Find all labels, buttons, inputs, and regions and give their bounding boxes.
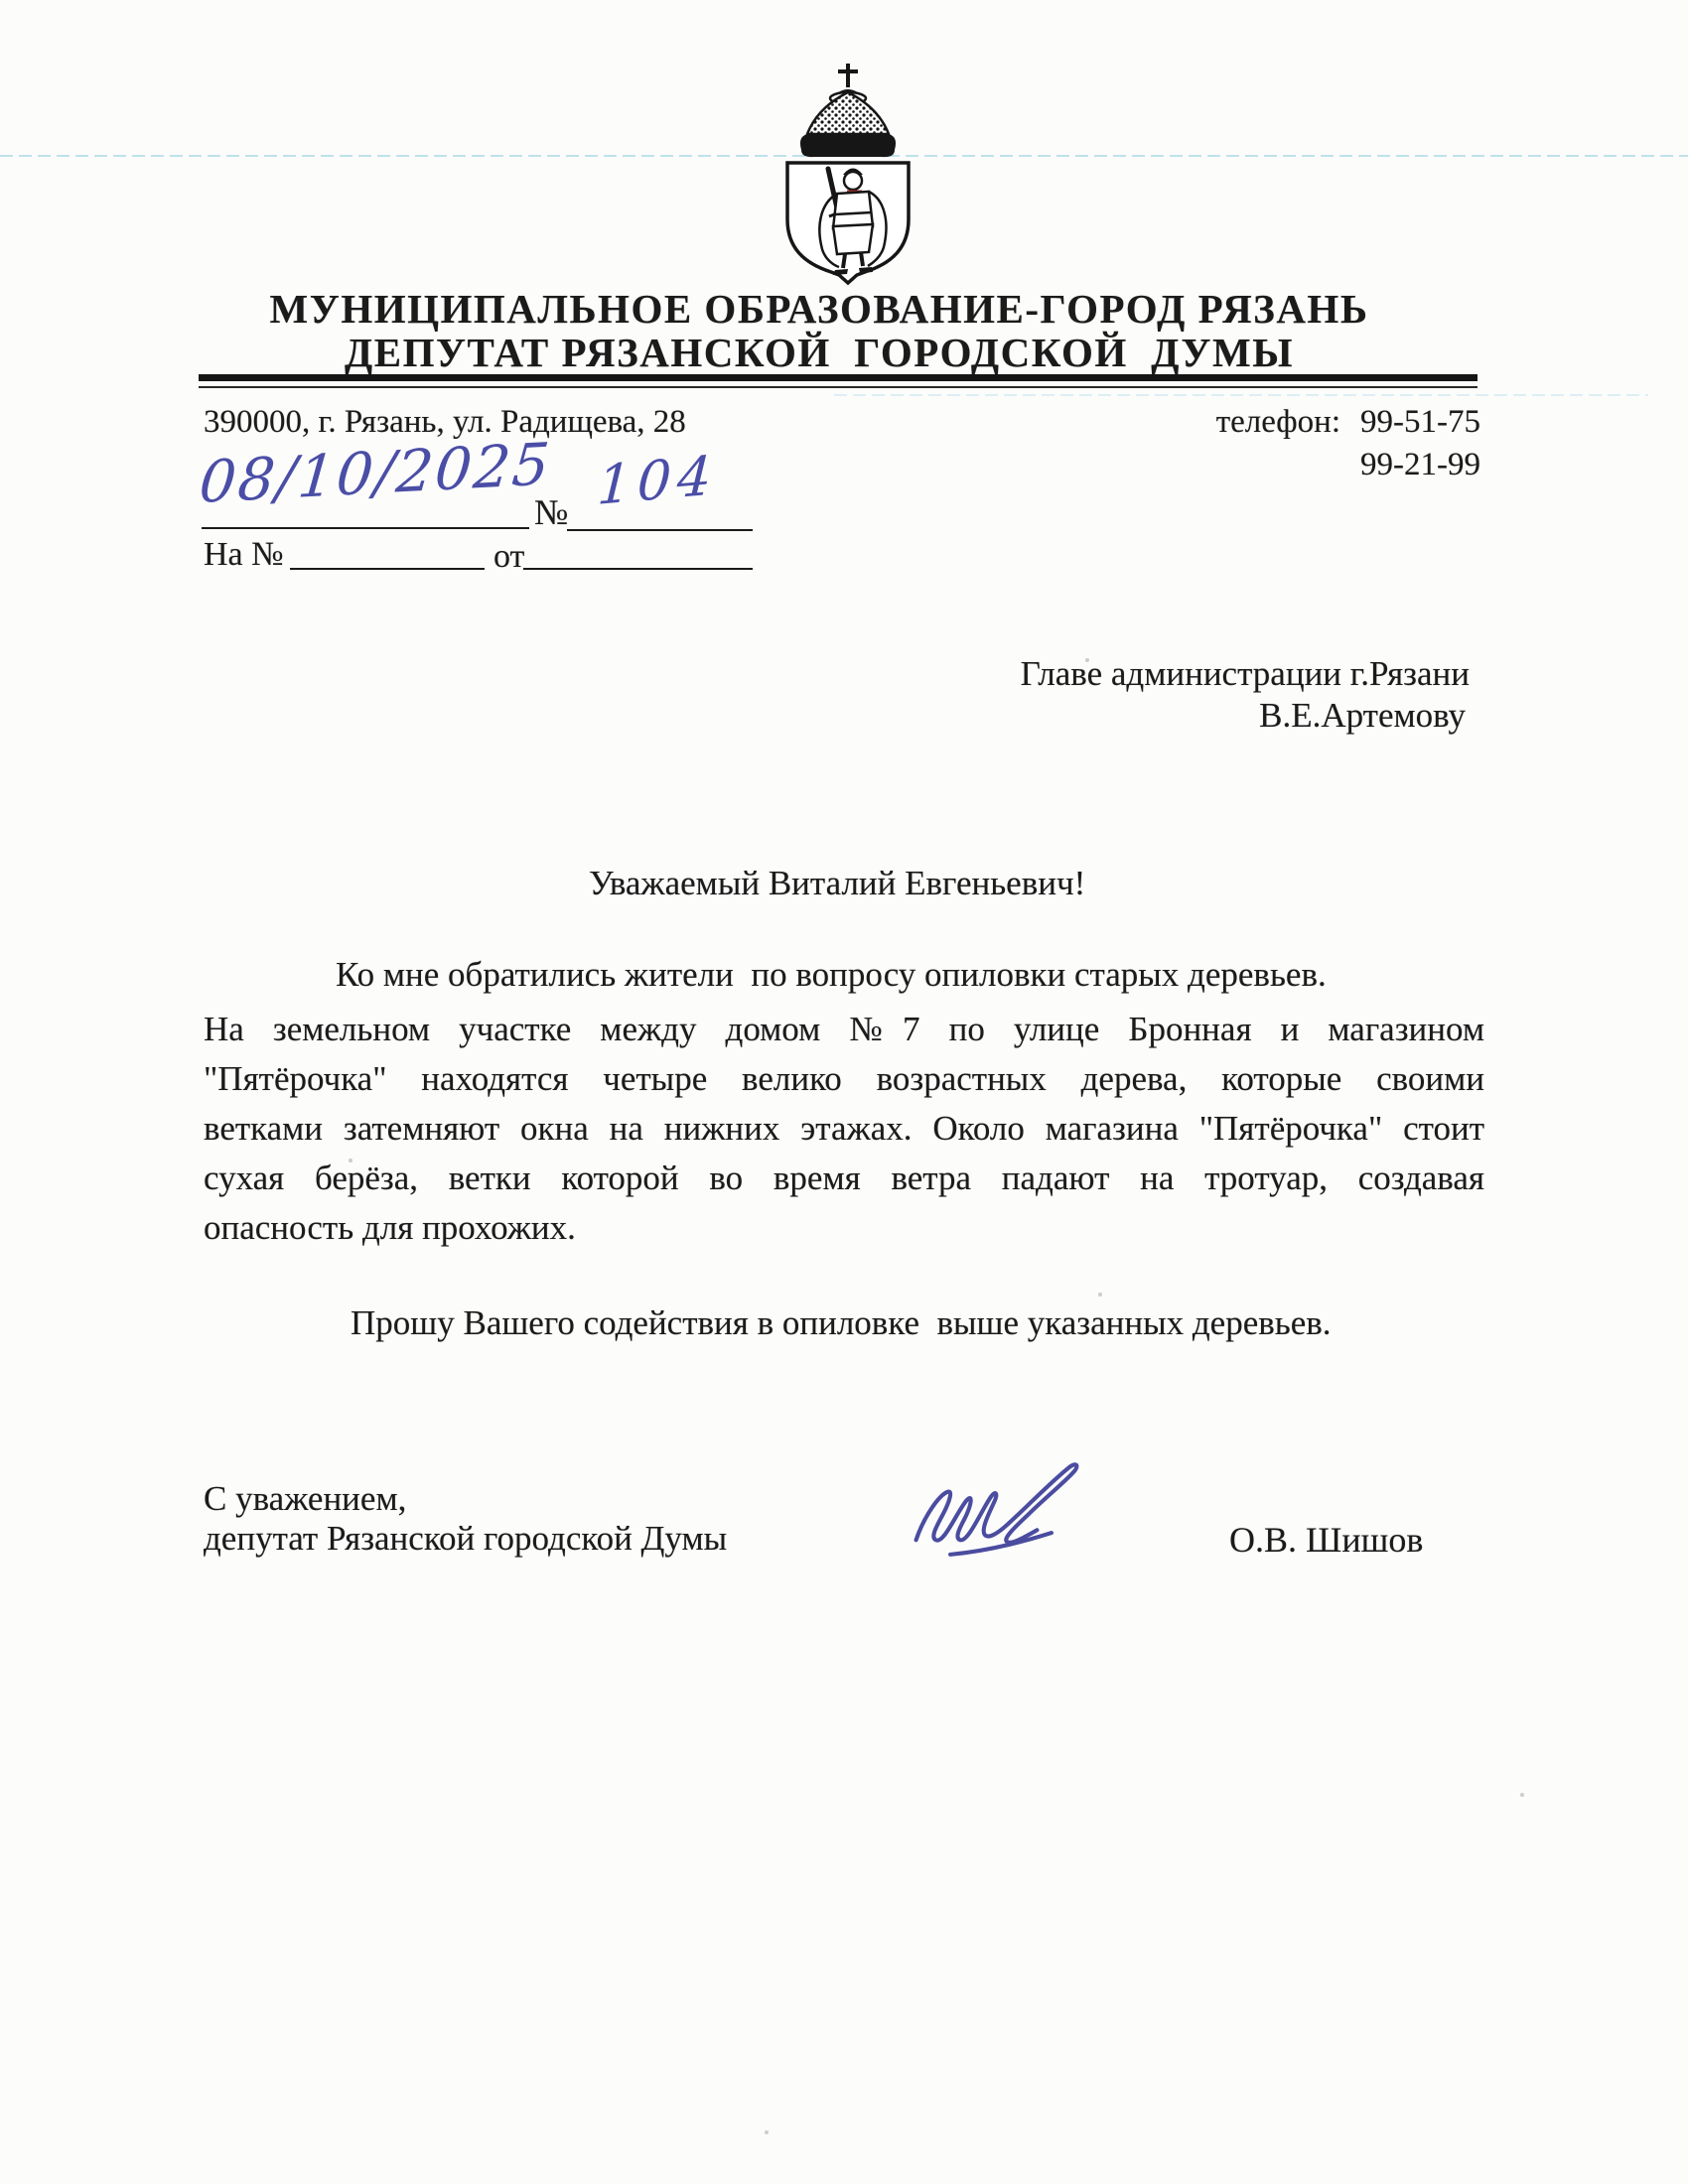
body-paragraph-3: Прошу Вашего содействия в опиловке выше … (204, 1301, 1484, 1345)
signer-name: О.В. Шишов (1229, 1519, 1423, 1561)
handwritten-date: 08/10/2025 (197, 430, 554, 516)
reply-to-number-label: На № (204, 536, 284, 574)
scan-speckle (1520, 1793, 1524, 1797)
phone-number-2: 99-21-99 (1092, 447, 1480, 483)
org-name-line2: ДЕПУТАТ РЯЗАНСКОЙ ГОРОДСКОЙ ДУМЫ (159, 329, 1479, 376)
blank-line-reply-number (290, 568, 485, 570)
number-sign: № (534, 491, 568, 533)
closing-regards: С уважением, (204, 1479, 406, 1519)
letterhead-rule-thick (199, 374, 1477, 381)
body-line: На земельном участке между домом №7 по у… (204, 1005, 1484, 1054)
body-paragraph-2: На земельном участке между домом №7 по у… (204, 1005, 1484, 1253)
ryazan-coat-of-arms-icon (772, 58, 924, 286)
blank-line-reply-date (523, 568, 753, 570)
scanned-letter-page: МУНИЦИПАЛЬНОЕ ОБРАЗОВАНИЕ-ГОРОД РЯЗАНЬ Д… (0, 0, 1688, 2184)
scan-speckle (1085, 658, 1089, 662)
body-line: "Пятёрочка" находятся четыре велико возр… (204, 1054, 1484, 1104)
org-name-line1: МУНИЦИПАЛЬНОЕ ОБРАЗОВАНИЕ-ГОРОД РЯЗАНЬ (159, 285, 1479, 333)
scan-speckle (349, 1159, 352, 1162)
scan-speckle (765, 2130, 769, 2134)
reply-from-label: от (493, 538, 524, 576)
recipient-line2: В.Е.Артемову (993, 695, 1470, 737)
handwritten-outgoing-number: 104 (596, 444, 719, 517)
blank-line-date (202, 527, 529, 529)
recipient-line1: Главе администрации г.Рязани (993, 653, 1470, 695)
body-line: сухая берёза, ветки которой во время вет… (204, 1154, 1484, 1203)
phone-label: телефон: (1216, 404, 1340, 440)
phone-number-1: 99-51-75 (1360, 404, 1480, 440)
closing-position: депутат Рязанской городской Думы (204, 1519, 727, 1559)
body-paragraph-1: Ко мне обратились жители по вопросу опил… (204, 953, 1484, 997)
body-line: опасность для прохожих. (204, 1203, 1484, 1253)
scan-artifact-line (834, 394, 1648, 396)
body-line: ветками затемняют окна на нижних этажах.… (204, 1104, 1484, 1154)
scan-speckle (1098, 1293, 1102, 1297)
phone-line1: телефон:99-51-75 (1092, 404, 1480, 441)
salutation: Уважаемый Виталий Евгеньевич! (589, 864, 1085, 903)
recipient-block: Главе администрации г.Рязани В.Е.Артемов… (993, 653, 1470, 737)
letterhead-rule-thin (199, 386, 1477, 388)
handwritten-signature (902, 1432, 1100, 1566)
blank-line-number (567, 529, 753, 531)
